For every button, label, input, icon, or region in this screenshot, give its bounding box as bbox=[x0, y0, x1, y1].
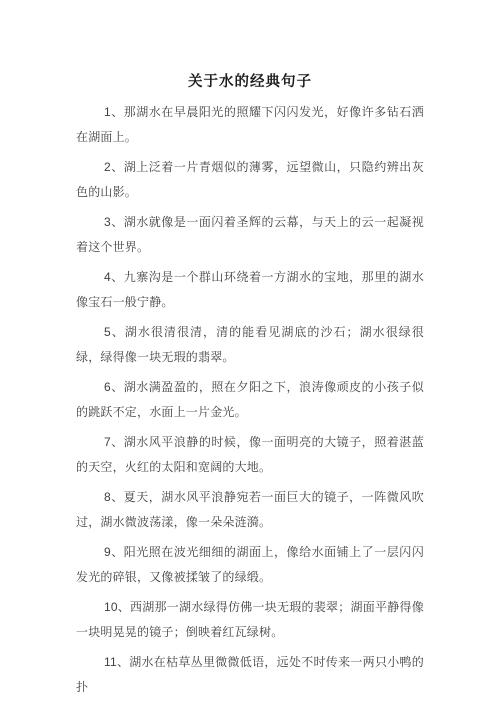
sentence-item: 6、湖水满盈盈的，照在夕阳之下，浪涛像顽皮的小孩子似的跳跃不定，水面上一片金光。 bbox=[76, 375, 424, 425]
document-page: 关于水的经典句子 1、那湖水在早晨阳光的照耀下闪闪发光，好像许多钻石洒在湖面上。… bbox=[0, 0, 500, 707]
sentence-item: 5、湖水很清很清，清的能看见湖底的沙石；湖水很绿很绿，绿得像一块无瑕的翡翠。 bbox=[76, 320, 424, 370]
sentence-item: 4、九寨沟是一个群山环绕着一方湖水的宝地，那里的湖水像宝石一般宁静。 bbox=[76, 265, 424, 315]
sentence-item: 2、湖上泛着一片青烟似的薄雾，远望微山，只隐约辨出灰色的山影。 bbox=[76, 155, 424, 205]
sentence-list: 1、那湖水在早晨阳光的照耀下闪闪发光，好像许多钻石洒在湖面上。 2、湖上泛着一片… bbox=[76, 100, 424, 700]
sentence-item: 1、那湖水在早晨阳光的照耀下闪闪发光，好像许多钻石洒在湖面上。 bbox=[76, 100, 424, 150]
sentence-item: 11、湖水在枯草丛里微微低语，远处不时传来一两只小鸭的扑 bbox=[76, 650, 424, 700]
sentence-item: 10、西湖那一湖水绿得仿佛一块无瑕的裴翠；湖面平静得像一块明晃晃的镜子；倒映着红… bbox=[76, 595, 424, 645]
page-title: 关于水的经典句子 bbox=[0, 72, 500, 92]
sentence-item: 3、湖水就像是一面闪着圣辉的云幕，与天上的云一起凝视着这个世界。 bbox=[76, 210, 424, 260]
sentence-item: 7、湖水风平浪静的时候，像一面明亮的大镜子，照着湛蓝的天空，火红的太阳和宽阔的大… bbox=[76, 430, 424, 480]
sentence-item: 9、阳光照在波光细细的湖面上，像给水面铺上了一层闪闪发光的碎银，又像被揉皱了的绿… bbox=[76, 540, 424, 590]
sentence-item: 8、夏天，湖水风平浪静宛若一面巨大的镜子，一阵微风吹过，湖水微波荡漾，像一朵朵涟… bbox=[76, 485, 424, 535]
